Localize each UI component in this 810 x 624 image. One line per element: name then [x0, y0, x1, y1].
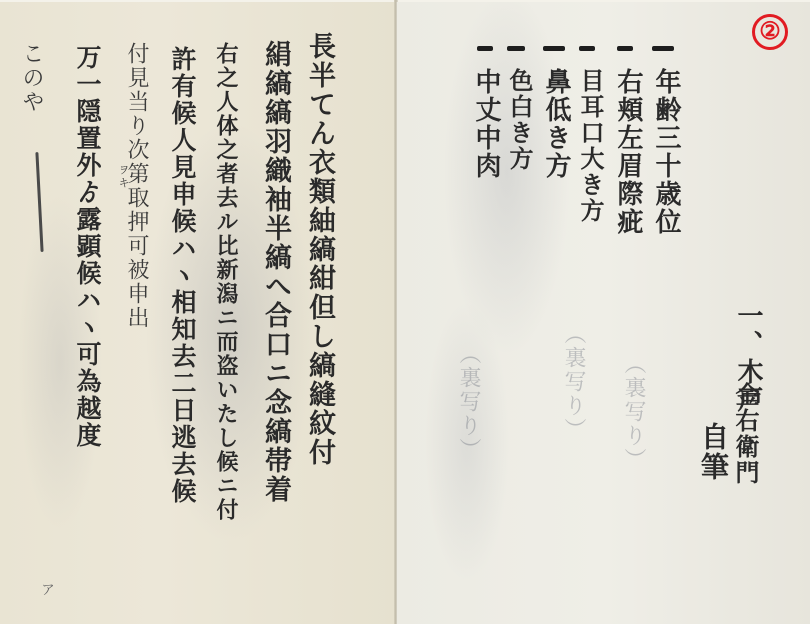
page-number-badge: ②: [752, 14, 788, 50]
bleed-through-text: （裏写り）: [457, 342, 479, 462]
list-item-scar: 右頬左眉際疵: [615, 68, 641, 236]
list-dash-2: [617, 46, 633, 51]
list-item-nose: 鼻低き方: [543, 68, 569, 180]
bleed-through-text: （裏写り）: [622, 352, 644, 472]
signature-line-2: 金右衛門: [733, 382, 757, 486]
list-item-build: 中丈中肉: [473, 68, 499, 180]
signature-line-3: 自筆: [699, 422, 727, 482]
left-column-1: 長半てん衣類紬縞紺但し縞縫紋付: [306, 32, 333, 467]
manuscript-spread: 長半てん衣類紬縞紺但し縞縫紋付 絹縞縞羽織袖半縞へ合口ニ念縞帯着 右之人体之者去…: [0, 0, 810, 624]
list-item-features: 目耳口大き方: [578, 68, 602, 224]
list-dash-4: [543, 46, 565, 51]
list-dash-3: [579, 46, 595, 51]
left-column-6: 万一隠置外ゟ露顕候ハヽ可為越度: [75, 44, 100, 449]
stray-mark: ア: [40, 582, 54, 598]
left-column-7: このや: [20, 42, 42, 114]
right-page: （裏写り） （裏写り） （裏写り） 年齢三十歳位 右頬左眉際疵 目耳口大き方 鼻…: [396, 2, 810, 624]
brush-tail-stroke: [35, 152, 43, 252]
list-dash-6: [477, 46, 493, 51]
bleed-through-text: （裏写り）: [562, 322, 584, 442]
left-column-4: 許有候人見申候ハヽ相知去二日逃去候: [170, 46, 195, 505]
list-item-complexion: 色白き方: [507, 68, 531, 172]
list-dash-5: [507, 46, 525, 51]
list-dash-1: [652, 46, 674, 51]
left-column-2: 絹縞縞羽織袖半縞へ合口ニ念縞帯着: [262, 40, 289, 504]
left-page: 長半てん衣類紬縞紺但し縞縫紋付 絹縞縞羽織袖半縞へ合口ニ念縞帯着 右之人体之者去…: [0, 2, 396, 624]
interlinear-note: ヲキ: [118, 164, 129, 190]
list-item-age: 年齢三十歳位: [653, 68, 679, 236]
left-column-3: 右之人体之者去ル比新潟ニ而盗いたし候ニ付: [215, 42, 237, 522]
